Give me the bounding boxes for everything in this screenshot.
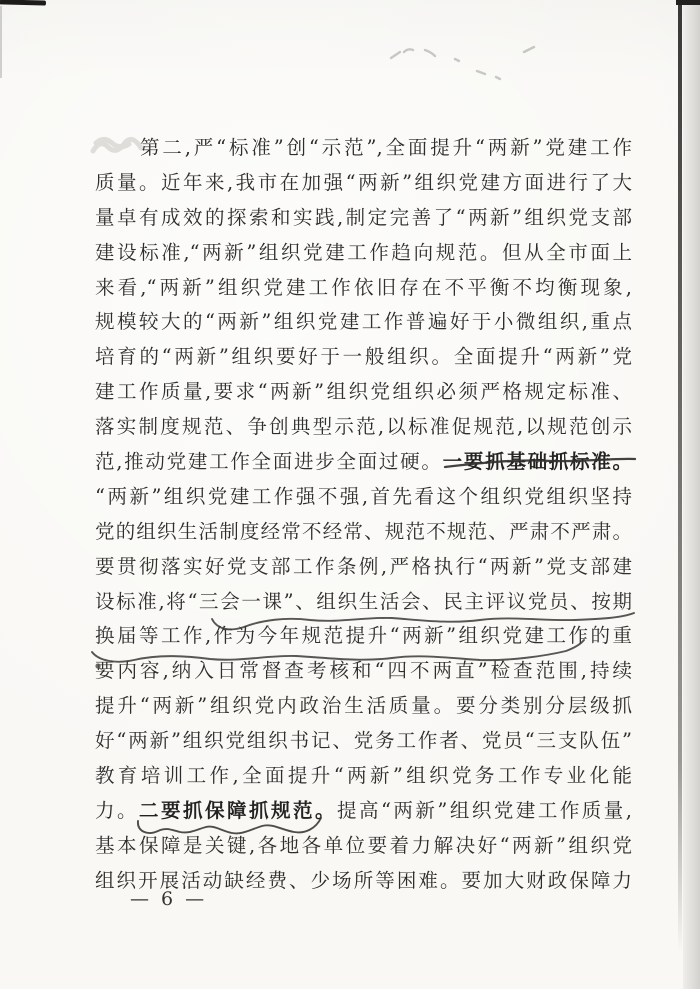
body-text: 好“两新”组织党组织书记、党务工作者、党员“三支队伍” [95,729,632,752]
scan-edge-left-line [0,6,2,78]
body-text: 提高“两新”组织党建工作质量, [337,799,632,822]
body-text: 建工作质量,要求“两新”组织党组织必须严格规定标准、 [95,380,632,403]
body-text: 设标准,将“三会一课”、组织生活会、民主评议党员、按期 [95,590,632,613]
text-line: 力。二要抓保障抓规范。提高“两新”组织党建工作质量, [95,794,632,829]
text-line: 第二,严“标准”创“示范”,全面提升“两新”党建工作 [95,131,632,166]
body-text: 落实制度规范、争创典型示范,以标准促规范,以规范创示 [95,415,632,438]
scan-edge-right-band [683,0,700,989]
body-text: 规模较大的“两新”组织党建工作普遍好于小微组织,重点 [95,310,632,333]
body-text: 力。 [95,799,139,822]
body-text: 基本保障是关键,各地各单位要着力解决好“两新”组织党 [95,834,632,857]
text-line: 设标准,将“三会一课”、组织生活会、民主评议党员、按期 [95,585,632,620]
body-text: 来看,“两新”组织党建工作依旧存在不平衡不均衡现象, [95,276,632,299]
text-line: 范,推动党建工作全面进步全面过硬。一要抓基础抓标准。 [95,445,632,480]
text-line: 质量。近年来,我市在加强“两新”组织党建方面进行了大 [95,166,632,201]
text-line: 党的组织生活制度经常不经常、规范不规范、严肃不严肃。 [95,515,632,550]
body-text: 质量。近年来,我市在加强“两新”组织党建方面进行了大 [95,171,632,194]
text-line: 好“两新”组织党组织书记、党务工作者、党员“三支队伍” [95,724,632,759]
text-block: 第二,严“标准”创“示范”,全面提升“两新”党建工作质量。近年来,我市在加强“两… [95,131,632,899]
body-text: 培育的“两新”组织要好于一般组织。全面提升“两新”党 [95,345,632,368]
body-text: 范,推动党建工作全面进步全面过硬。 [95,450,443,473]
pen-scribble-top [391,47,534,79]
body-text: 建设标准,“两新”组织党建工作趋向规范。但从全市面上 [95,241,632,264]
scanned-page: 第二,严“标准”创“示范”,全面提升“两新”党建工作质量。近年来,我市在加强“两… [0,0,700,989]
text-line: “两新”组织党建工作强不强,首先看这个组织党组织坚持 [95,480,632,515]
page-number: — 6 — [130,888,207,910]
body-text: “两新”组织党建工作强不强,首先看这个组织党组织坚持 [95,485,632,508]
text-line: 教育培训工作,全面提升“两新”组织党务工作专业化能 [95,759,632,794]
text-line: 来看,“两新”组织党建工作依旧存在不平衡不均衡现象, [95,271,632,306]
text-line: 落实制度规范、争创典型示范,以标准促规范,以规范创示 [95,410,632,445]
bold-emphasis-text: 一要抓基础抓标准。 [443,450,632,473]
body-text: 提升“两新”组织党内政治生活质量。要分类别分层级抓 [95,694,632,717]
scan-corner-mark-top-left [0,0,46,6]
text-line: 提升“两新”组织党内政治生活质量。要分类别分层级抓 [95,689,632,724]
body-text: 换届等工作,作为今年规范提升“两新”组织党建工作的重 [95,624,632,647]
text-line: 规模较大的“两新”组织党建工作普遍好于小微组织,重点 [95,305,632,340]
text-line: 要贯彻落实好党支部工作条例,严格执行“两新”党支部建 [95,550,632,585]
text-line: 基本保障是关键,各地各单位要着力解决好“两新”组织党 [95,829,632,864]
body-text: 要内容,纳入日常督查考核和“四不两直”检查范围,持续 [95,659,632,682]
text-line: 要内容,纳入日常督查考核和“四不两直”检查范围,持续 [95,654,632,689]
body-text: 量卓有成效的探索和实践,制定完善了“两新”组织党支部 [95,206,632,229]
scan-edge-right-line [678,3,682,953]
text-line: 换届等工作,作为今年规范提升“两新”组织党建工作的重 [95,619,632,654]
body-text: 要贯彻落实好党支部工作条例,严格执行“两新”党支部建 [95,555,632,578]
body-text: 第二,严“标准”创“示范”,全面提升“两新”党建工作 [140,136,632,159]
text-line: 建设标准,“两新”组织党建工作趋向规范。但从全市面上 [95,236,632,271]
text-line: 建工作质量,要求“两新”组织党组织必须严格规定标准、 [95,375,632,410]
bold-emphasis-text: 二要抓保障抓规范。 [139,799,337,822]
body-text: 教育培训工作,全面提升“两新”组织党务工作专业化能 [95,764,632,787]
scan-corner-mark-top-right [676,0,700,5]
text-line: 量卓有成效的探索和实践,制定完善了“两新”组织党支部 [95,201,632,236]
body-text: 党的组织生活制度经常不经常、规范不规范、严肃不严肃。 [95,520,632,543]
text-line: 培育的“两新”组织要好于一般组织。全面提升“两新”党 [95,340,632,375]
